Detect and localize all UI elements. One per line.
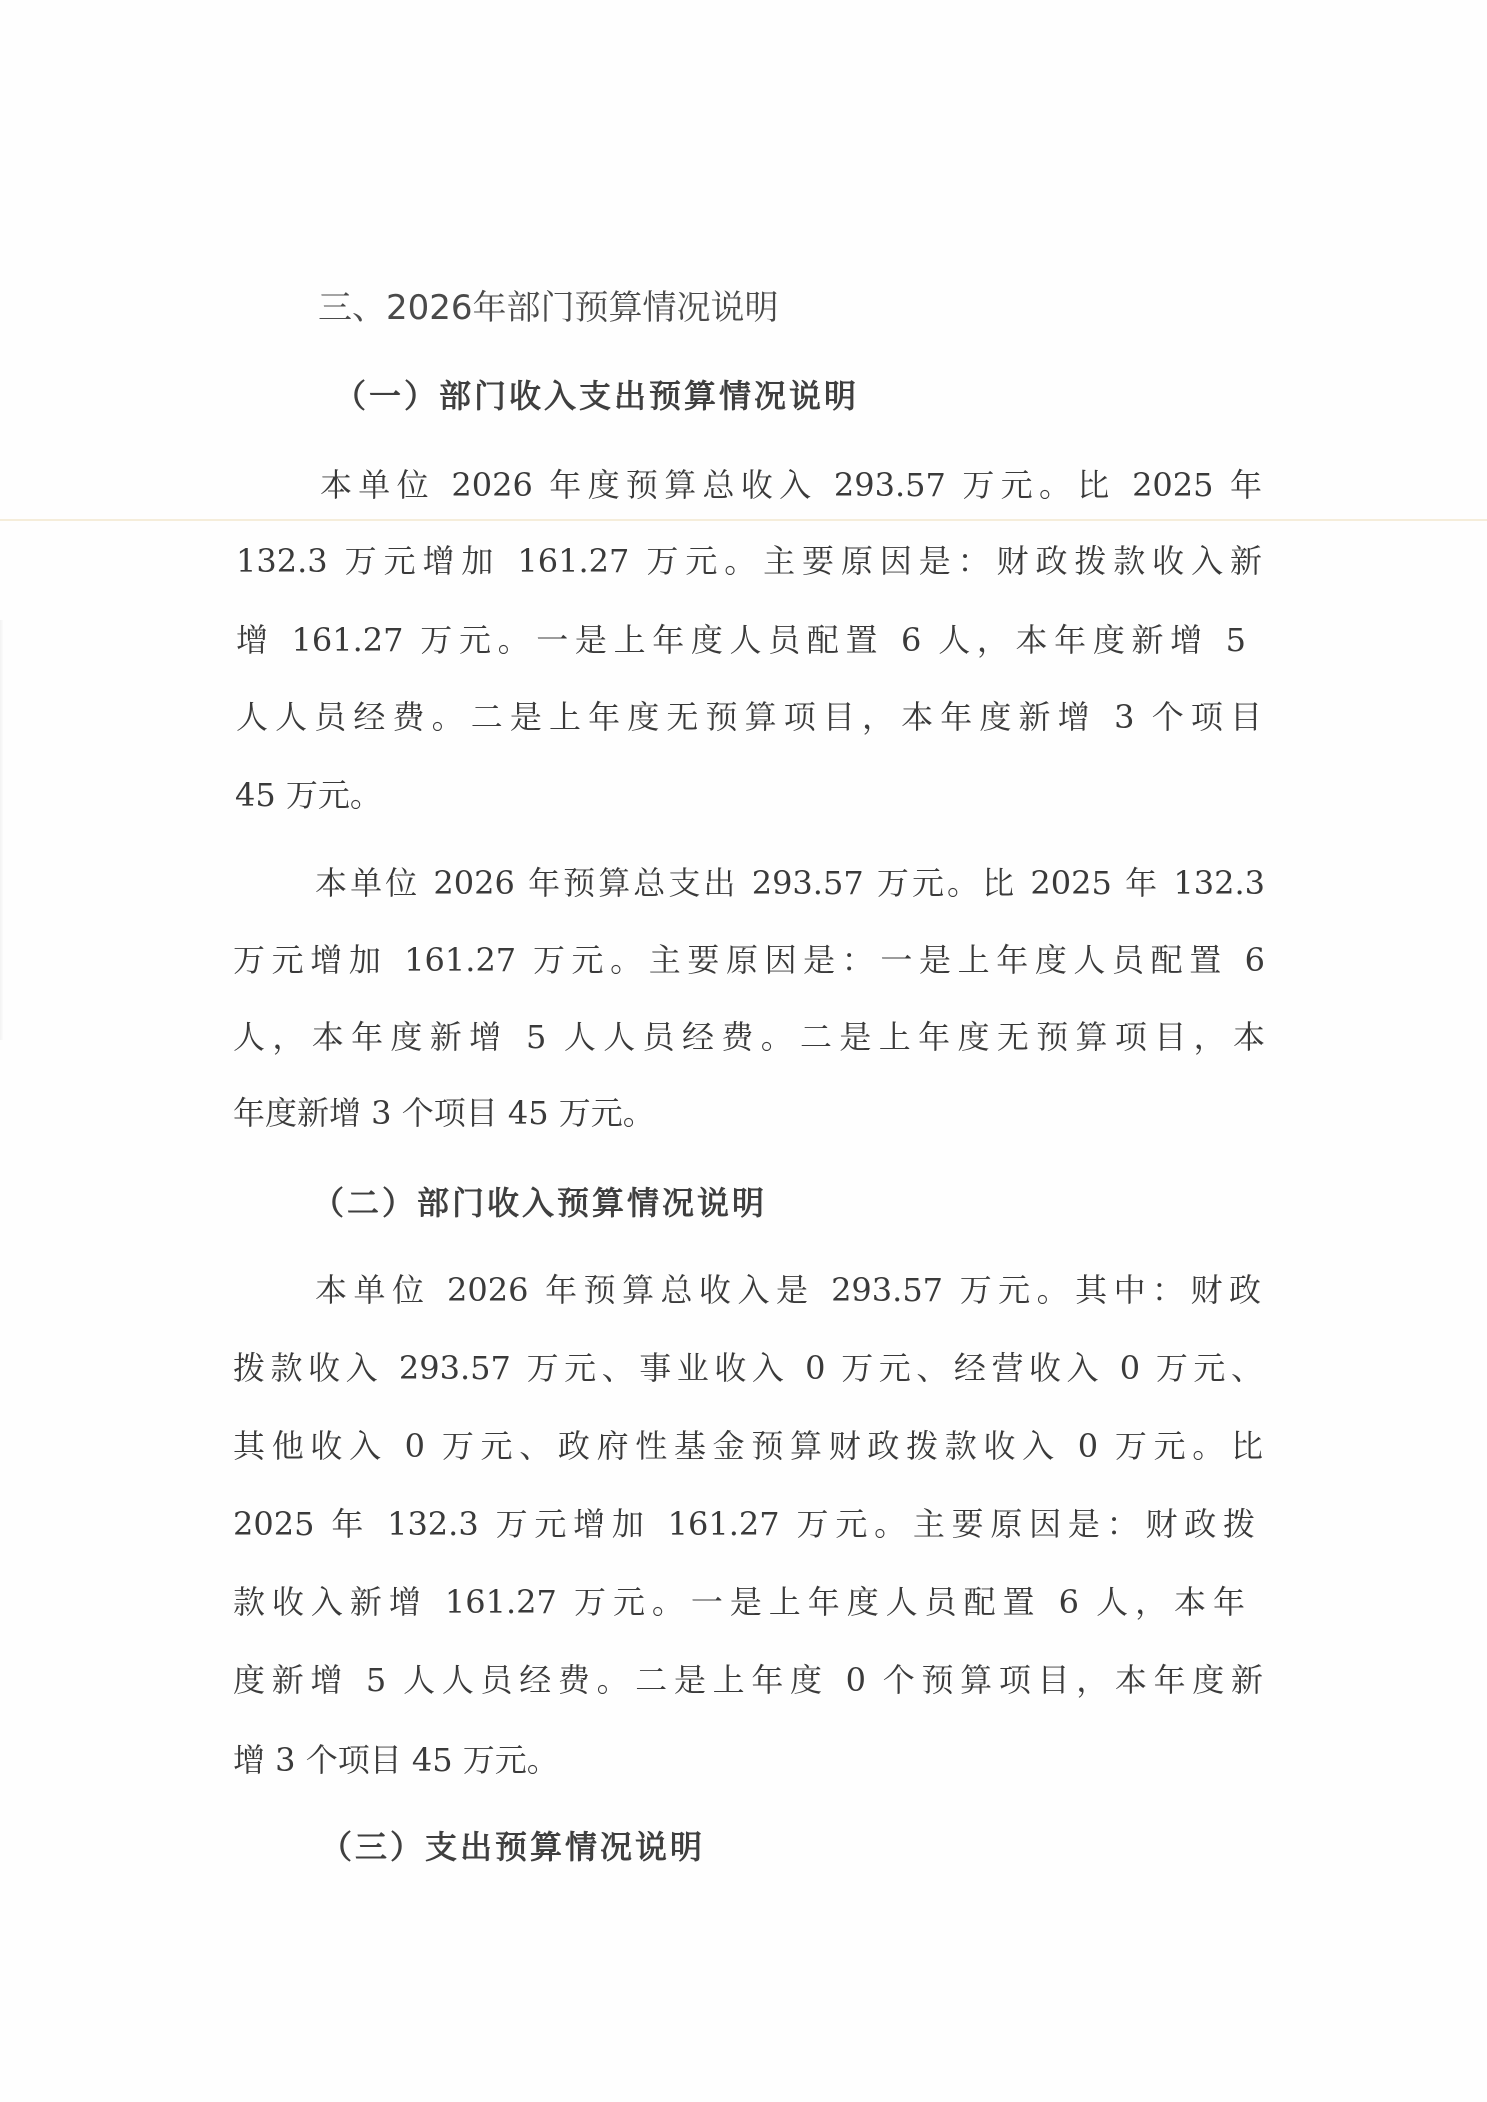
paragraph-line: 2025 年 132.3 万元增加 161.27 万元。主要原因是：财政拨 bbox=[233, 1504, 1255, 1544]
subsection-heading-2: （二）部门收入预算情况说明 bbox=[312, 1183, 767, 1223]
paragraph-line: 本单位 2026 年预算总支出 293.57 万元。比 2025 年 132.3 bbox=[315, 863, 1265, 903]
paragraph-line: 人人员经费。二是上年度无预算项目，本年度新增 3 个项目 bbox=[236, 697, 1262, 737]
paragraph-line: 45 万元。 bbox=[235, 775, 382, 815]
paragraph-line: 度新增 5 人人员经费。二是上年度 0 个预算项目，本年度新 bbox=[233, 1660, 1263, 1700]
scanned-page: 三、2026年部门预算情况说明 （一）部门收入支出预算情况说明 本单位 2026… bbox=[0, 0, 1487, 2102]
paragraph-line: 本单位 2026 年预算总收入是 293.57 万元。其中：财政 bbox=[315, 1270, 1261, 1310]
section-title: 三、2026年部门预算情况说明 bbox=[318, 288, 779, 328]
paragraph-line: 增 161.27 万元。一是上年度人员配置 6 人，本年度新增 5 bbox=[236, 620, 1246, 660]
scan-edge-shadow bbox=[0, 620, 4, 1040]
paragraph-line: 人，本年度新增 5 人人员经费。二是上年度无预算项目，本 bbox=[233, 1017, 1265, 1057]
subsection-heading-3: （三）支出预算情况说明 bbox=[320, 1827, 705, 1867]
paragraph-line: 本单位 2026 年度预算总收入 293.57 万元。比 2025 年 bbox=[320, 465, 1262, 505]
paragraph-line: 132.3 万元增加 161.27 万元。主要原因是：财政拨款收入新 bbox=[236, 541, 1262, 581]
paragraph-line: 拨款收入 293.57 万元、事业收入 0 万元、经营收入 0 万元、 bbox=[233, 1348, 1263, 1388]
paragraph-line: 增 3 个项目 45 万元。 bbox=[233, 1740, 559, 1780]
subsection-heading-1: （一）部门收入支出预算情况说明 bbox=[334, 376, 859, 416]
scan-artifact-line bbox=[0, 519, 1487, 521]
paragraph-line: 款收入新增 161.27 万元。一是上年度人员配置 6 人，本年 bbox=[233, 1582, 1245, 1622]
paragraph-line: 年度新增 3 个项目 45 万元。 bbox=[233, 1093, 655, 1133]
paragraph-line: 万元增加 161.27 万元。主要原因是：一是上年度人员配置 6 bbox=[233, 940, 1265, 980]
paragraph-line: 其他收入 0 万元、政府性基金预算财政拨款收入 0 万元。比 bbox=[233, 1426, 1263, 1466]
